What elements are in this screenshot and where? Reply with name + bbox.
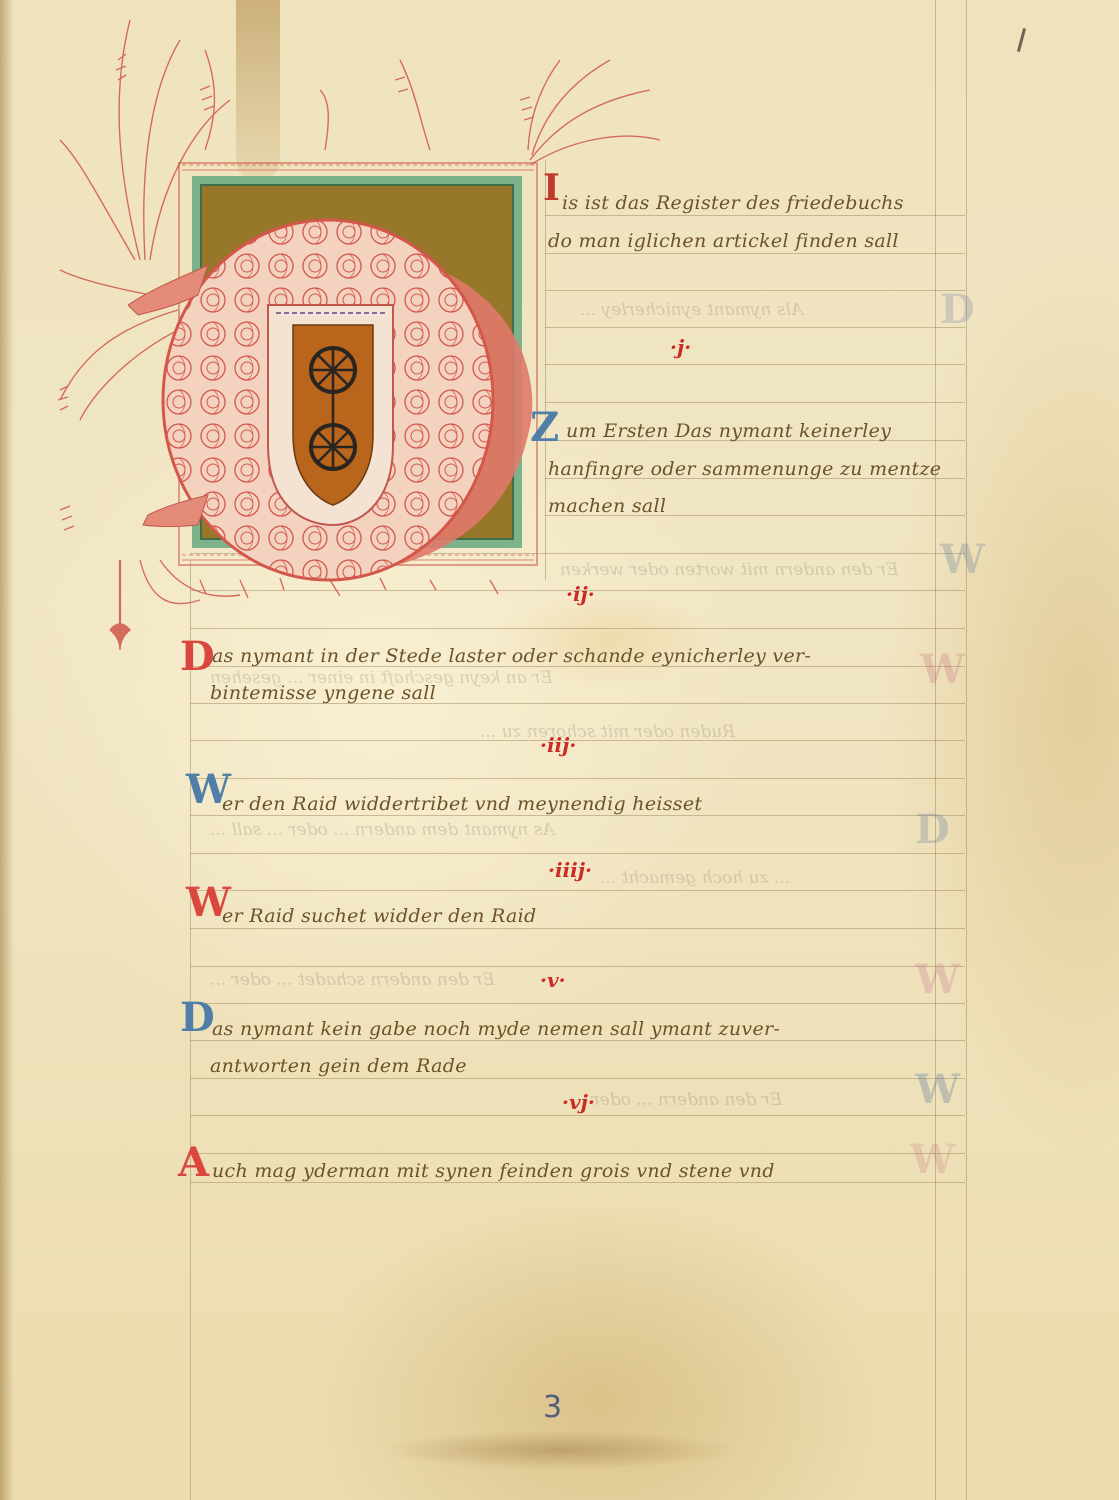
show-through-initial: W	[915, 960, 960, 1000]
ruling-right	[935, 0, 936, 1500]
entry-line: antworten gein dem Rade	[210, 1055, 467, 1077]
show-through-initial: D	[915, 810, 950, 850]
show-through-initial: W	[915, 1070, 960, 1110]
entry-line: uch mag yderman mit synen feinden grois …	[212, 1160, 775, 1182]
show-through-initial: W	[910, 1140, 955, 1180]
ruling-line	[190, 853, 965, 854]
show-through-text: Er den andern schadet ... oder ...	[210, 970, 495, 990]
bottom-stain	[380, 1430, 740, 1470]
ruling-line	[190, 1003, 965, 1004]
entry-numeral: ·vj·	[562, 1090, 595, 1114]
entry-initial: D	[180, 637, 215, 677]
entry-numeral: ·j·	[670, 335, 691, 359]
header-initial: I	[543, 170, 560, 206]
ruling-line	[190, 815, 965, 816]
show-through-initial: W	[940, 540, 985, 580]
corner-mark	[1017, 28, 1026, 52]
entry-line: er den Raid widdertribet vnd meynendig h…	[222, 793, 702, 815]
entry-initial: D	[180, 998, 215, 1038]
entry-initial: A	[178, 1143, 209, 1183]
folio-number: 3	[543, 1390, 562, 1425]
header-line-2: do man iglichen artickel finden sall	[548, 230, 899, 252]
ruling-line	[190, 1040, 965, 1041]
show-through-text: Er den andern ... oder ...	[570, 1090, 782, 1110]
entry-line: as nymant in der Stede laster oder schan…	[212, 645, 811, 667]
show-through-initial: D	[940, 290, 975, 330]
ruling-line	[190, 890, 965, 891]
show-through-text: Ruden oder mit schoren zu ...	[480, 722, 735, 742]
entry-line: machen sall	[548, 495, 666, 517]
initial-letter-d	[128, 215, 548, 595]
show-through-text: ... zu hoch gemacht ...	[600, 868, 790, 888]
header-line-1: is ist das Register des friedebuchs	[562, 192, 904, 214]
entry-numeral: ·ij·	[566, 582, 595, 606]
manuscript-page: Als nymant eynicherley ... Er den andern…	[0, 0, 1119, 1500]
entry-line: as nymant kein gabe noch myde nemen sall…	[212, 1018, 780, 1040]
entry-numeral: ·iiij·	[548, 858, 592, 882]
entry-line: hanfingre oder sammenunge zu mentze	[548, 458, 941, 480]
entry-initial: Z	[530, 408, 559, 448]
show-through-initial: W	[920, 650, 965, 690]
ruling-line	[190, 1182, 965, 1183]
entry-line: bintemisse yngene sall	[210, 682, 436, 704]
ruling-line	[190, 1153, 965, 1154]
ruling-line	[190, 966, 965, 967]
ruling-right-outer	[966, 0, 967, 1500]
ruling-line	[190, 1115, 965, 1116]
ruling-line	[190, 778, 965, 779]
ruling-line	[190, 1078, 965, 1079]
entry-numeral: ·iij·	[540, 733, 576, 757]
entry-line: er Raid suchet widder den Raid	[222, 905, 537, 927]
ruling-line	[190, 928, 965, 929]
entry-line: um Ersten Das nymant keinerley	[566, 420, 891, 442]
entry-numeral: ·v·	[540, 968, 566, 992]
show-through-text: As nymant dem andern ... oder ... sall .…	[210, 820, 555, 840]
